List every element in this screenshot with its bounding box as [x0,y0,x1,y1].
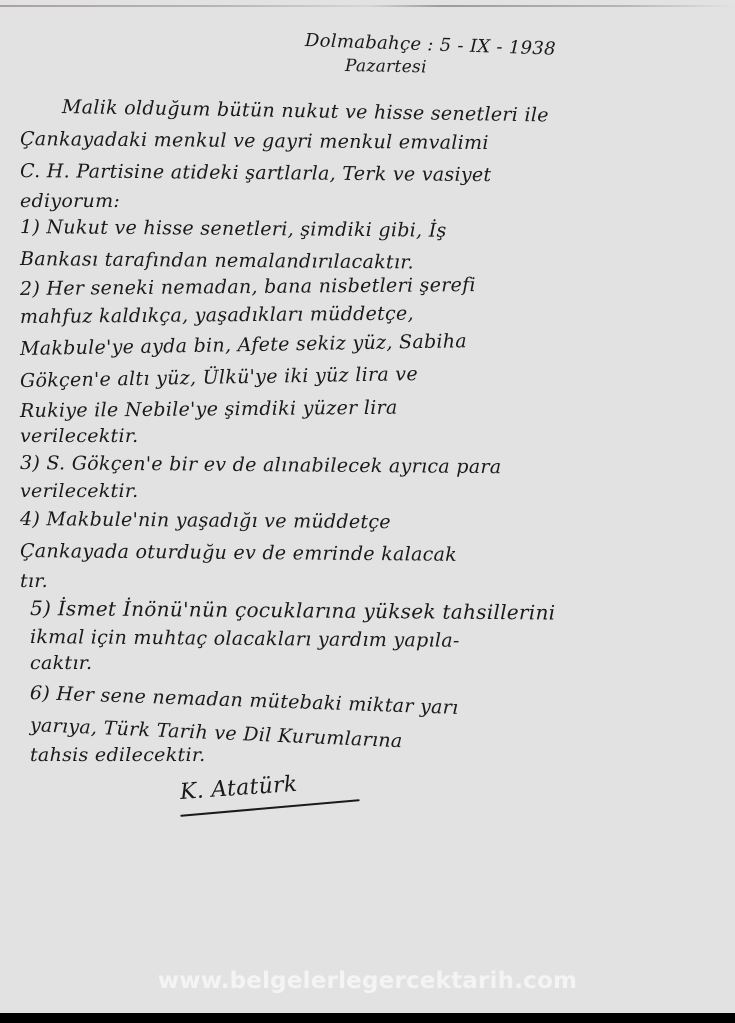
body-line: verilecektir. [20,425,139,447]
body-line: Gökçen'e altı yüz, Ülkü'ye iki yüz lira … [20,363,418,392]
body-line: C. H. Partisine atideki şartlarla, Terk … [20,160,492,186]
body-line: verilecektir. [20,480,139,502]
body-line: Rukiye ile Nebile'ye şimdiki yüzer lira [20,397,398,422]
scan-top-edge [0,5,735,7]
body-line: 5) İsmet İnönü'nün çocuklarına yüksek ta… [30,596,556,625]
body-line: Malik olduğum bütün nukut ve hisse senet… [62,96,549,126]
body-line: ikmal için muhtaç olacakları yardım yapı… [30,626,460,652]
body-line: caktır. [30,652,92,674]
header-day: Pazartesi [345,56,427,77]
body-line: Bankası tarafından nemalandırılacaktır. [20,248,414,273]
scanned-document-page: Dolmabahçe : 5 - IX - 1938 Pazartesi Mal… [0,0,735,1012]
body-line: 4) Makbule'nin yaşadığı ve müddetçe [20,508,391,533]
body-line: 1) Nukut ve hisse senetleri, şimdiki gib… [20,216,447,242]
body-line: Makbule'ye ayda bin, Afete sekiz yüz, Sa… [20,330,467,360]
body-line: tahsis edilecektir. [30,744,205,766]
body-line: ediyorum: [20,190,120,212]
watermark: www.belgelerlegercektarih.com [0,968,735,994]
bottom-black-bar [0,1013,735,1023]
body-line: Çankayadaki menkul ve gayri menkul emval… [20,128,489,154]
body-line: mahfuz kaldıkça, yaşadıkları müddetçe, [20,303,414,328]
body-line: Çankayada oturduğu ev de emrinde kalacak [20,540,457,566]
header-place-date: Dolmabahçe : 5 - IX - 1938 [305,30,557,60]
body-line: 3) S. Gökçen'e bir ev de alınabilecek ay… [20,452,502,478]
signature: K. Atatürk [179,772,298,805]
body-line: 6) Her sene nemadan mütebaki miktar yarı [30,682,459,719]
body-line: tır. [20,570,48,592]
body-line: 2) Her seneki nemadan, bana nisbetleri ş… [20,274,476,300]
